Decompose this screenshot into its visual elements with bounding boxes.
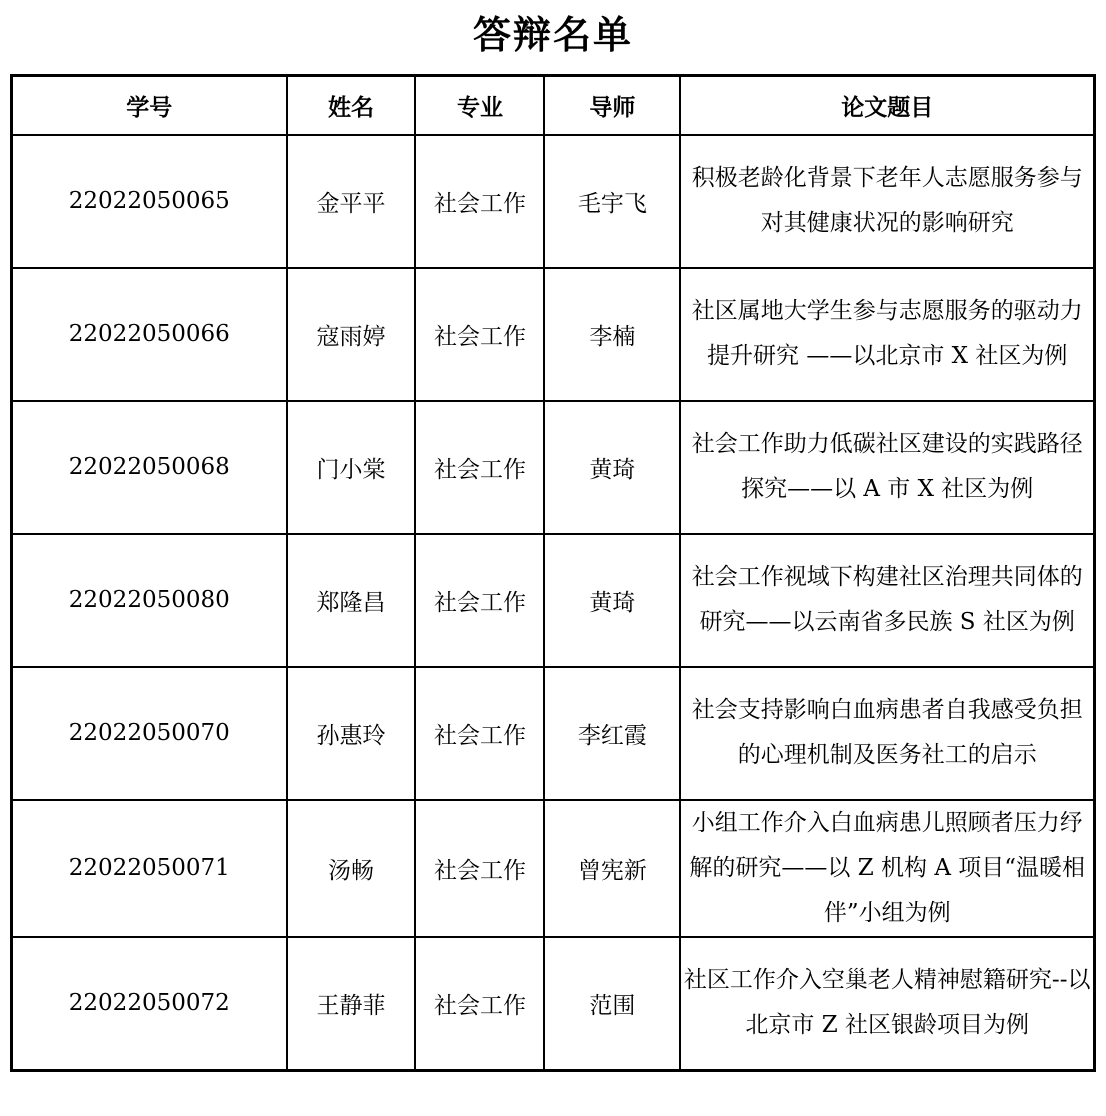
major-cell: 社会工作 (415, 667, 544, 800)
major-cell: 社会工作 (415, 800, 544, 937)
student-id-cell: 22022050070 (12, 667, 287, 800)
header-thesis-title: 论文题目 (680, 75, 1094, 135)
thesis-title-cell: 社会工作视域下构建社区治理共同体的研究——以云南省多民族 S 社区为例 (680, 534, 1094, 667)
advisor-cell: 黄琦 (544, 534, 680, 667)
advisor-cell: 范围 (544, 937, 680, 1071)
document-page: 答辩名单 学号 姓名 专业 导师 论文题目 22022050065 金平平 社会… (0, 0, 1106, 1116)
table-row: 22022050066 寇雨婷 社会工作 李楠 社区属地大学生参与志愿服务的驱动… (12, 268, 1095, 401)
major-cell: 社会工作 (415, 135, 544, 268)
thesis-title-cell: 社区属地大学生参与志愿服务的驱动力提升研究 ——以北京市 X 社区为例 (680, 268, 1094, 401)
thesis-title-cell: 小组工作介入白血病患儿照顾者压力纾解的研究——以 Z 机构 A 项目“温暖相伴”… (680, 800, 1094, 937)
student-id-cell: 22022050068 (12, 401, 287, 534)
student-id-cell: 22022050071 (12, 800, 287, 937)
header-row: 学号 姓名 专业 导师 论文题目 (12, 75, 1095, 135)
header-major: 专业 (415, 75, 544, 135)
advisor-cell: 李楠 (544, 268, 680, 401)
name-cell: 金平平 (287, 135, 416, 268)
advisor-cell: 黄琦 (544, 401, 680, 534)
student-id-cell: 22022050080 (12, 534, 287, 667)
advisor-cell: 李红霞 (544, 667, 680, 800)
thesis-title-cell: 社会支持影响白血病患者自我感受负担的心理机制及医务社工的启示 (680, 667, 1094, 800)
table-row: 22022050072 王静菲 社会工作 范围 社区工作介入空巢老人精神慰籍研究… (12, 937, 1095, 1071)
header-advisor: 导师 (544, 75, 680, 135)
table-row: 22022050071 汤畅 社会工作 曾宪新 小组工作介入白血病患儿照顾者压力… (12, 800, 1095, 937)
name-cell: 孙惠玲 (287, 667, 416, 800)
table-row: 22022050065 金平平 社会工作 毛宇飞 积极老龄化背景下老年人志愿服务… (12, 135, 1095, 268)
advisor-cell: 毛宇飞 (544, 135, 680, 268)
major-cell: 社会工作 (415, 534, 544, 667)
thesis-title-cell: 积极老龄化背景下老年人志愿服务参与对其健康状况的影响研究 (680, 135, 1094, 268)
major-cell: 社会工作 (415, 401, 544, 534)
name-cell: 汤畅 (287, 800, 416, 937)
table-row: 22022050070 孙惠玲 社会工作 李红霞 社会支持影响白血病患者自我感受… (12, 667, 1095, 800)
name-cell: 寇雨婷 (287, 268, 416, 401)
name-cell: 门小棠 (287, 401, 416, 534)
table-row: 22022050068 门小棠 社会工作 黄琦 社会工作助力低碳社区建设的实践路… (12, 401, 1095, 534)
major-cell: 社会工作 (415, 268, 544, 401)
name-cell: 郑隆昌 (287, 534, 416, 667)
thesis-title-cell: 社会工作助力低碳社区建设的实践路径探究——以 A 市 X 社区为例 (680, 401, 1094, 534)
student-id-cell: 22022050066 (12, 268, 287, 401)
advisor-cell: 曾宪新 (544, 800, 680, 937)
defense-roster-table: 学号 姓名 专业 导师 论文题目 22022050065 金平平 社会工作 毛宇… (10, 74, 1096, 1072)
header-student-id: 学号 (12, 75, 287, 135)
student-id-cell: 22022050065 (12, 135, 287, 268)
thesis-title-cell: 社区工作介入空巢老人精神慰籍研究--以北京市 Z 社区银龄项目为例 (680, 937, 1094, 1071)
table-row: 22022050080 郑隆昌 社会工作 黄琦 社会工作视域下构建社区治理共同体… (12, 534, 1095, 667)
page-title: 答辩名单 (0, 0, 1106, 58)
header-name: 姓名 (287, 75, 416, 135)
major-cell: 社会工作 (415, 937, 544, 1071)
name-cell: 王静菲 (287, 937, 416, 1071)
student-id-cell: 22022050072 (12, 937, 287, 1071)
